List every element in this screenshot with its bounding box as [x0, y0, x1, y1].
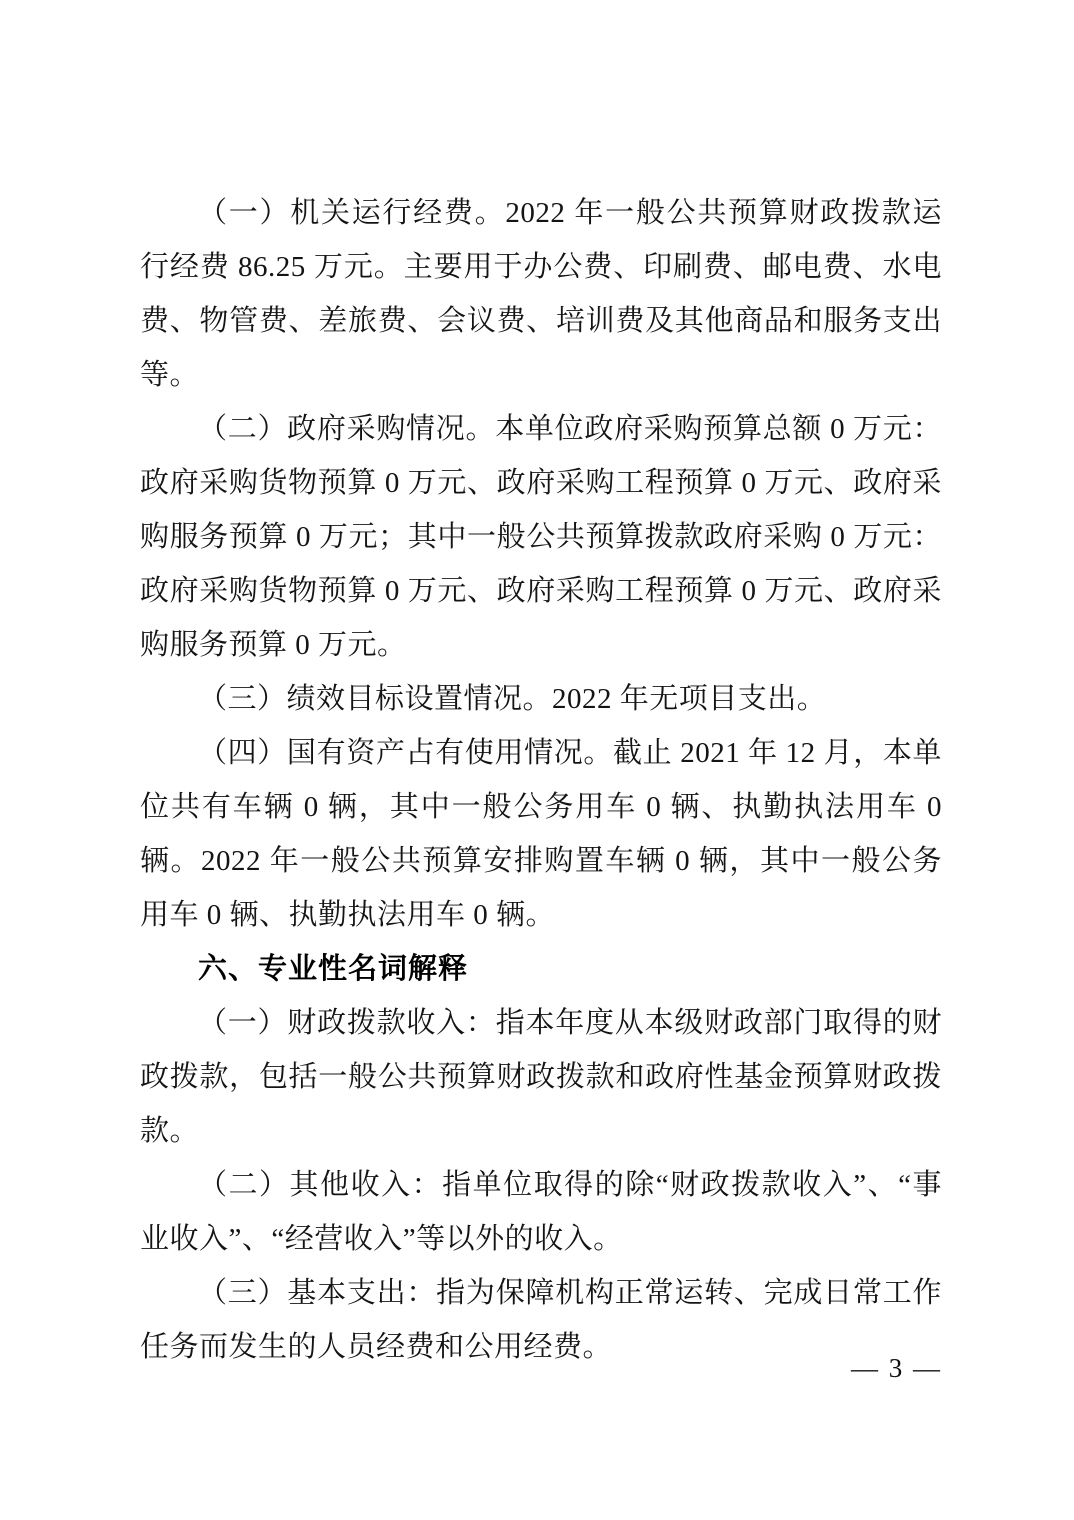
- section-heading-terminology: 六、专业性名词解释: [140, 942, 942, 996]
- document-page: （一）机关运行经费。2022 年一般公共预算财政拨款运行经费 86.25 万元。…: [0, 0, 1074, 1520]
- document-body: （一）机关运行经费。2022 年一般公共预算财政拨款运行经费 86.25 万元。…: [140, 186, 942, 1374]
- paragraph-government-procurement: （二）政府采购情况。本单位政府采购预算总额 0 万元：政府采购货物预算 0 万元…: [140, 402, 942, 672]
- paragraph-performance-targets: （三）绩效目标设置情况。2022 年无项目支出。: [140, 672, 942, 726]
- paragraph-state-owned-assets: （四）国有资产占有使用情况。截止 2021 年 12 月，本单位共有车辆 0 辆…: [140, 726, 942, 942]
- paragraph-other-income: （二）其他收入：指单位取得的除“财政拨款收入”、“事业收入”、“经营收入”等以外…: [140, 1158, 942, 1266]
- paragraph-agency-operating-expenses: （一）机关运行经费。2022 年一般公共预算财政拨款运行经费 86.25 万元。…: [140, 186, 942, 402]
- paragraph-fiscal-appropriation-income: （一）财政拨款收入：指本年度从本级财政部门取得的财政拨款，包括一般公共预算财政拨…: [140, 996, 942, 1158]
- paragraph-basic-expenditure: （三）基本支出：指为保障机构正常运转、完成日常工作任务而发生的人员经费和公用经费…: [140, 1266, 942, 1374]
- page-number: — 3 —: [851, 1348, 942, 1388]
